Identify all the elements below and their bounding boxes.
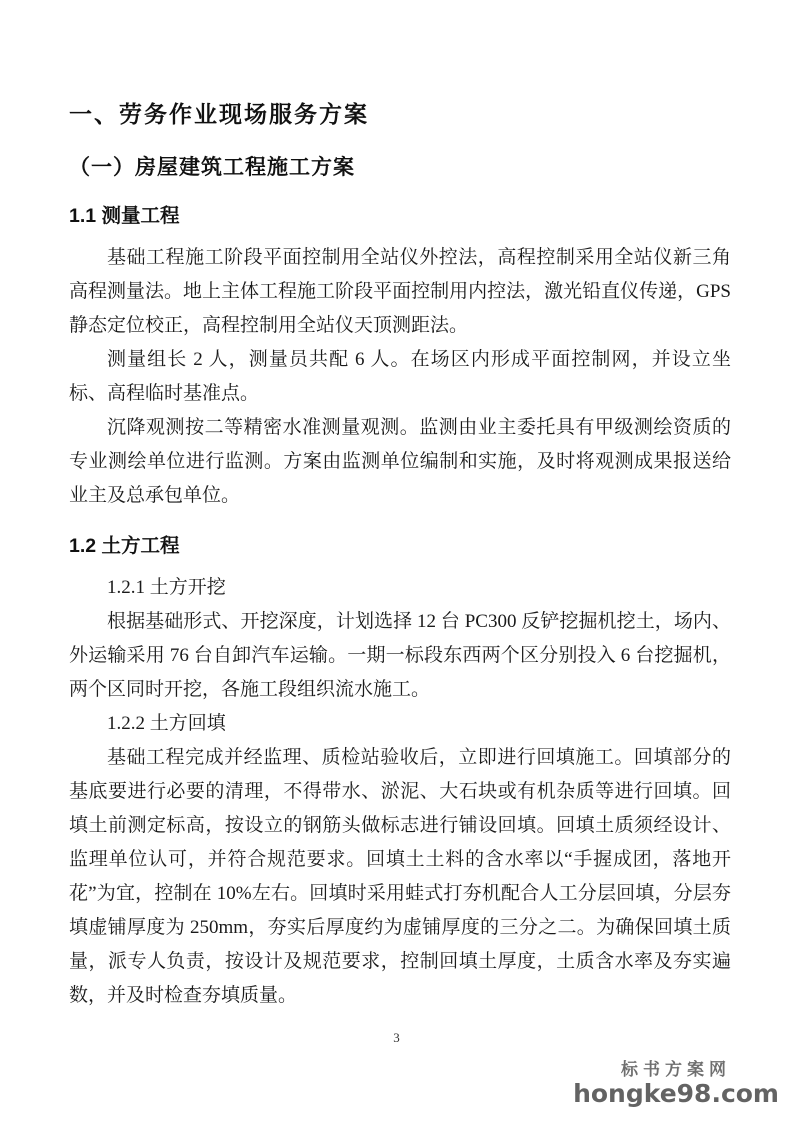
subsection-heading-measurement: 1.1 测量工程 xyxy=(69,200,731,228)
watermark-site-url: hongke98.com xyxy=(573,1080,779,1108)
sub-heading-backfill: 1.2.2 土方回填 xyxy=(69,707,731,741)
page-number: 3 xyxy=(0,1030,793,1046)
paragraph-measurement-control: 基础工程施工阶段平面控制用全站仪外控法，高程控制采用全站仪新三角高程测量法。地上… xyxy=(69,241,731,343)
document-content: 一、劳务作业现场服务方案 （一）房屋建筑工程施工方案 1.1 测量工程 基础工程… xyxy=(69,96,731,1013)
paragraph-excavation: 根据基础形式、开挖深度，计划选择 12 台 PC300 反铲挖掘机挖土，场内、外… xyxy=(69,605,731,707)
watermark-site-name: 标书方案网 xyxy=(573,1055,779,1080)
paragraph-survey-team: 测量组长 2 人，测量员共配 6 人。在场区内形成平面控制网，并设立坐标、高程临… xyxy=(69,343,731,411)
sub-heading-excavation: 1.2.1 土方开挖 xyxy=(69,571,731,605)
section-title: （一）房屋建筑工程施工方案 xyxy=(69,151,731,181)
watermark: 标书方案网 hongke98.com xyxy=(573,1055,779,1108)
document-page: 一、劳务作业现场服务方案 （一）房屋建筑工程施工方案 1.1 测量工程 基础工程… xyxy=(0,0,793,1122)
paragraph-settlement-observation: 沉降观测按二等精密水准测量观测。监测由业主委托具有甲级测绘资质的专业测绘单位进行… xyxy=(69,411,731,513)
chapter-title: 一、劳务作业现场服务方案 xyxy=(69,96,731,129)
subsection-heading-earthwork: 1.2 土方工程 xyxy=(69,530,731,558)
paragraph-backfill: 基础工程完成并经监理、质检站验收后，立即进行回填施工。回填部分的基底要进行必要的… xyxy=(69,741,731,1013)
